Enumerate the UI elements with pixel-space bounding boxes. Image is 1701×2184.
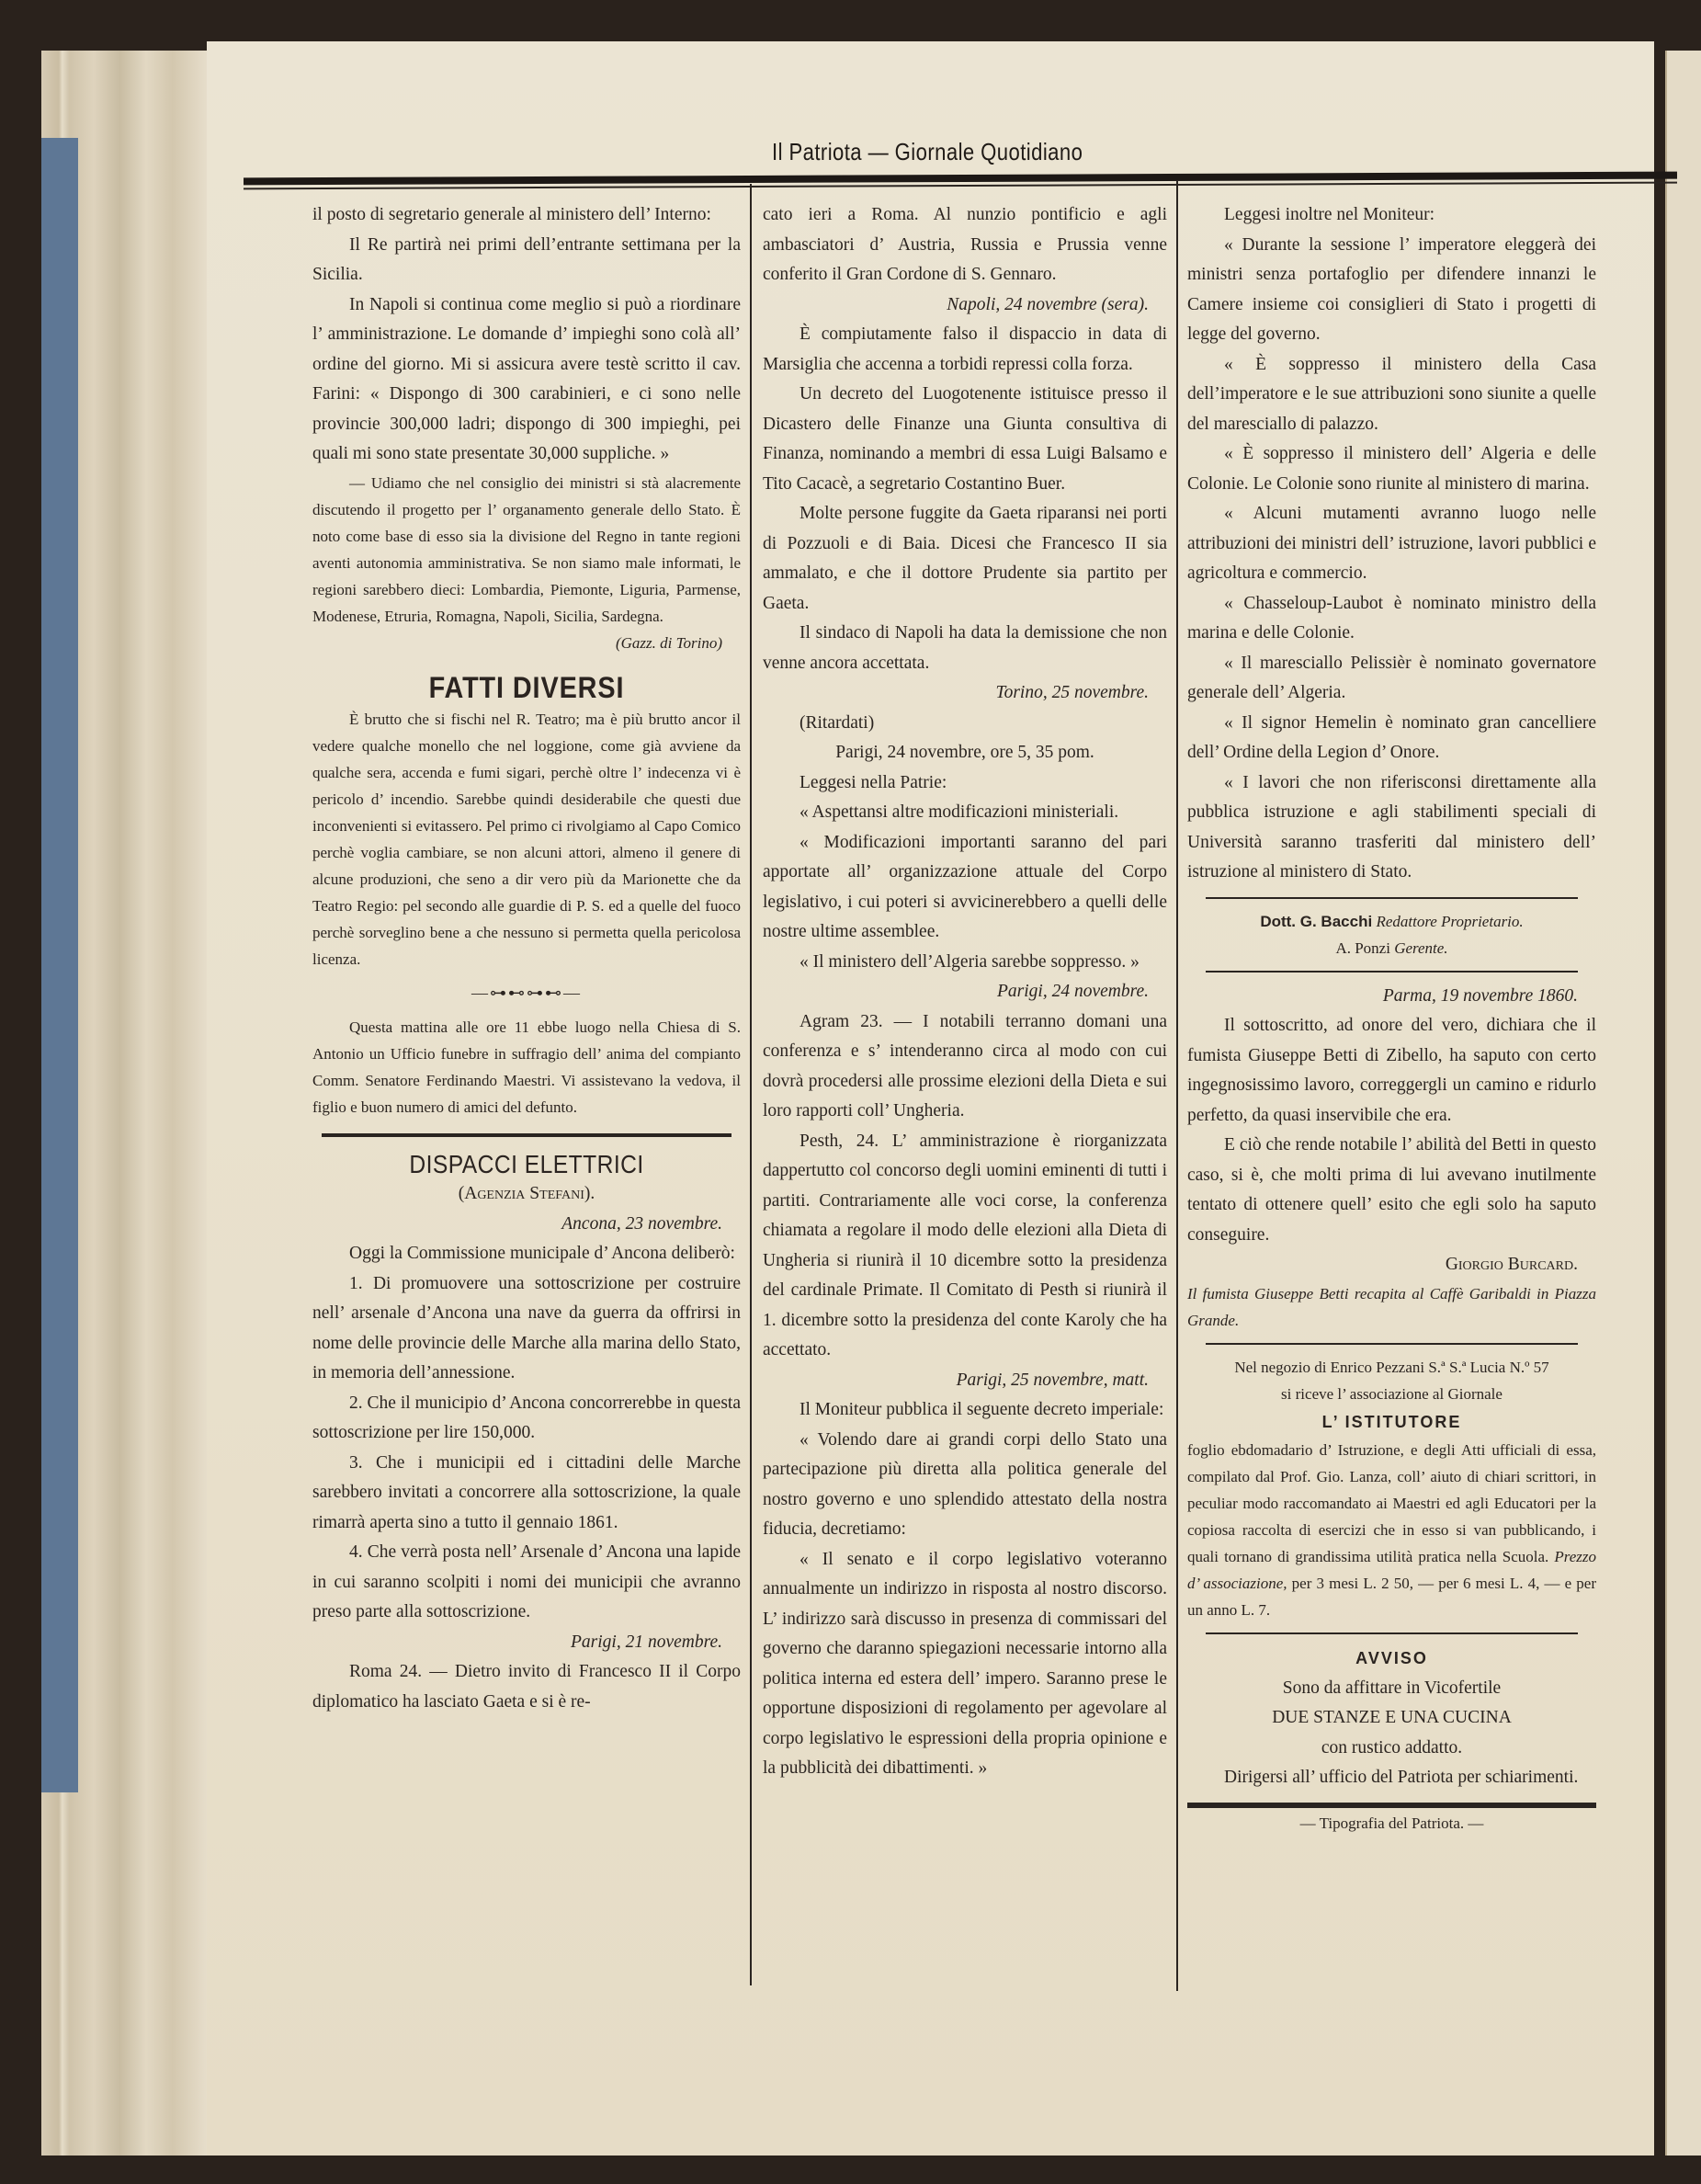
article-paragraph: Un decreto del Luogotenente istituisce p… bbox=[763, 380, 1167, 499]
list-item: 3. Che i municipii ed i cittadini delle … bbox=[312, 1449, 741, 1539]
section-rule bbox=[1206, 971, 1578, 973]
article-paragraph: Leggesi nella Patrie: bbox=[763, 768, 1167, 799]
column-divider-2 bbox=[1176, 180, 1178, 1991]
ornament-divider: —⊶⊷⊶⊷— bbox=[312, 978, 741, 1008]
column-2: cato ieri a Roma. Al nunzio pontificio e… bbox=[763, 200, 1167, 1784]
article-paragraph: Il Moniteur pubblica il seguente decreto… bbox=[763, 1395, 1167, 1426]
article-paragraph: Agram 23. — I notabili terranno domani u… bbox=[763, 1007, 1167, 1127]
list-item: 1. Di promuovere una sottoscrizione per … bbox=[312, 1269, 741, 1389]
section-rule bbox=[322, 1133, 731, 1137]
dateline: Parma, 19 novembre 1860. bbox=[1187, 982, 1596, 1012]
manager-credit: A. Ponzi Gerente. bbox=[1187, 935, 1596, 961]
dateline: Parigi, 24 novembre. bbox=[763, 977, 1167, 1007]
quote-paragraph: « Modificazioni importanti saranno del p… bbox=[763, 828, 1167, 948]
book-cover-blue bbox=[41, 138, 78, 1792]
signature: Giorgio Burcard. bbox=[1187, 1250, 1596, 1280]
ad-heading-istitutore: L’ ISTITUTORE bbox=[1187, 1407, 1596, 1438]
quote-paragraph: « Il signor Hemelin è nominato gran canc… bbox=[1187, 709, 1596, 768]
ad-line: Nel negozio di Enrico Pezzani S.ª S.ª Lu… bbox=[1187, 1354, 1596, 1381]
section-rule bbox=[1206, 897, 1578, 899]
ad-line: con rustico addatto. bbox=[1187, 1734, 1596, 1764]
editor-credit: Dott. G. Bacchi Redattore Proprietario. bbox=[1187, 908, 1596, 935]
article-paragraph: Pesth, 24. L’ amministrazione è riorgani… bbox=[763, 1127, 1167, 1366]
article-paragraph: cato ieri a Roma. Al nunzio pontificio e… bbox=[763, 200, 1167, 290]
quote-paragraph: « Durante la sessione l’ imperatore eleg… bbox=[1187, 231, 1596, 350]
quote-paragraph: « Aspettansi altre modificazioni ministe… bbox=[763, 798, 1167, 828]
article-paragraph: E ciò che rende notabile l’ abilità del … bbox=[1187, 1131, 1596, 1250]
manager-name: A. Ponzi bbox=[1335, 939, 1390, 957]
article-paragraph: È compiutamente falso il dispaccio in da… bbox=[763, 320, 1167, 380]
section-subheading: (Agenzia Stefani). bbox=[312, 1179, 741, 1210]
dateline: Napoli, 24 novembre (sera). bbox=[763, 290, 1167, 321]
ad-line: Dirigersi all’ ufficio del Patriota per … bbox=[1187, 1763, 1596, 1793]
list-item: 4. Che verrà posta nell’ Arsenale d’ Anc… bbox=[312, 1538, 741, 1628]
ad-line: si riceve l’ associazione al Giornale bbox=[1187, 1381, 1596, 1407]
ad-body: foglio ebdomadario d’ Istruzione, e degl… bbox=[1187, 1437, 1596, 1623]
editor-role: Redattore Proprietario. bbox=[1376, 913, 1523, 930]
article-paragraph: Il sottoscritto, ad onore del vero, dich… bbox=[1187, 1011, 1596, 1131]
article-note: (Ritardati) bbox=[763, 709, 1167, 739]
dateline: Ancona, 23 novembre. bbox=[312, 1210, 741, 1240]
quote-paragraph: « Volendo dare ai grandi corpi dello Sta… bbox=[763, 1426, 1167, 1545]
section-heading-fatti-diversi: FATTI DIVERSI bbox=[334, 673, 719, 703]
quote-paragraph: « Chasseloup-Laubot è nominato ministro … bbox=[1187, 589, 1596, 649]
ad-body-text: foglio ebdomadario d’ Istruzione, e degl… bbox=[1187, 1441, 1596, 1565]
section-heading-dispacci: DISPACCI ELETTRICI bbox=[338, 1150, 715, 1180]
article-paragraph: Il Re partirà nei primi dell’entrante se… bbox=[312, 231, 741, 290]
article-paragraph: — Udiamo che nel consiglio dei ministri … bbox=[312, 470, 741, 630]
quote-paragraph: « Il maresciallo Pelissièr è nominato go… bbox=[1187, 649, 1596, 709]
footer-rule bbox=[1187, 1803, 1596, 1808]
dateline: Torino, 25 novembre. bbox=[763, 678, 1167, 709]
quote-paragraph: « Il senato e il corpo legislativo voter… bbox=[763, 1545, 1167, 1784]
dateline: Parigi, 25 novembre, matt. bbox=[763, 1366, 1167, 1396]
article-paragraph: Roma 24. — Dietro invito di Francesco II… bbox=[312, 1657, 741, 1717]
adjacent-page-edge bbox=[1665, 51, 1701, 2156]
section-rule bbox=[1206, 1632, 1578, 1634]
article-paragraph: Leggesi inoltre nel Moniteur: bbox=[1187, 200, 1596, 231]
editor-name: Dott. G. Bacchi bbox=[1260, 913, 1372, 930]
quote-paragraph: « Il ministero dell’Algeria sarebbe sopp… bbox=[763, 948, 1167, 978]
quote-paragraph: « I lavori che non riferisconsi direttam… bbox=[1187, 768, 1596, 888]
dateline: Parigi, 21 novembre. bbox=[312, 1628, 741, 1658]
source-citation: (Gazz. di Torino) bbox=[312, 630, 741, 656]
article-paragraph: È brutto che si fischi nel R. Teatro; ma… bbox=[312, 706, 741, 973]
masthead-title: Il Patriota — Giornale Quotidiano bbox=[772, 138, 1083, 166]
article-paragraph: In Napoli si continua come meglio si può… bbox=[312, 290, 741, 470]
section-rule bbox=[1206, 1343, 1578, 1345]
quote-paragraph: « È soppresso il ministero della Casa de… bbox=[1187, 350, 1596, 440]
manager-role: Gerente. bbox=[1394, 939, 1447, 957]
dateline: Parigi, 24 novembre, ore 5, 35 pom. bbox=[763, 738, 1167, 768]
quote-paragraph: « Alcuni mutamenti avranno luogo nelle a… bbox=[1187, 499, 1596, 589]
ad-heading-avviso: AVVISO bbox=[1187, 1644, 1596, 1674]
ad-line: Sono da affittare in Vicofertile bbox=[1187, 1674, 1596, 1704]
article-paragraph: Molte persone fuggite da Gaeta riparansi… bbox=[763, 499, 1167, 619]
article-paragraph: Oggi la Commissione municipale d’ Ancona… bbox=[312, 1239, 741, 1269]
column-1: il posto di segretario generale al minis… bbox=[312, 200, 741, 1717]
ad-line: DUE STANZE E UNA CUCINA bbox=[1187, 1703, 1596, 1734]
notice: Il fumista Giuseppe Betti recapita al Ca… bbox=[1187, 1280, 1596, 1334]
article-paragraph: Questa mattina alle ore 11 ebbe luogo ne… bbox=[312, 1014, 741, 1120]
article-paragraph: Il sindaco di Napoli ha data la demissio… bbox=[763, 619, 1167, 678]
article-paragraph: il posto di segretario generale al minis… bbox=[312, 200, 741, 231]
column-3: Leggesi inoltre nel Moniteur: « Durante … bbox=[1187, 200, 1596, 1837]
quote-paragraph: « È soppresso il ministero dell’ Algeria… bbox=[1187, 439, 1596, 499]
list-item: 2. Che il municipio d’ Ancona concorrere… bbox=[312, 1389, 741, 1449]
column-divider-1 bbox=[750, 184, 752, 1985]
printer-imprint: — Tipografia del Patriota. — bbox=[1187, 1810, 1596, 1837]
